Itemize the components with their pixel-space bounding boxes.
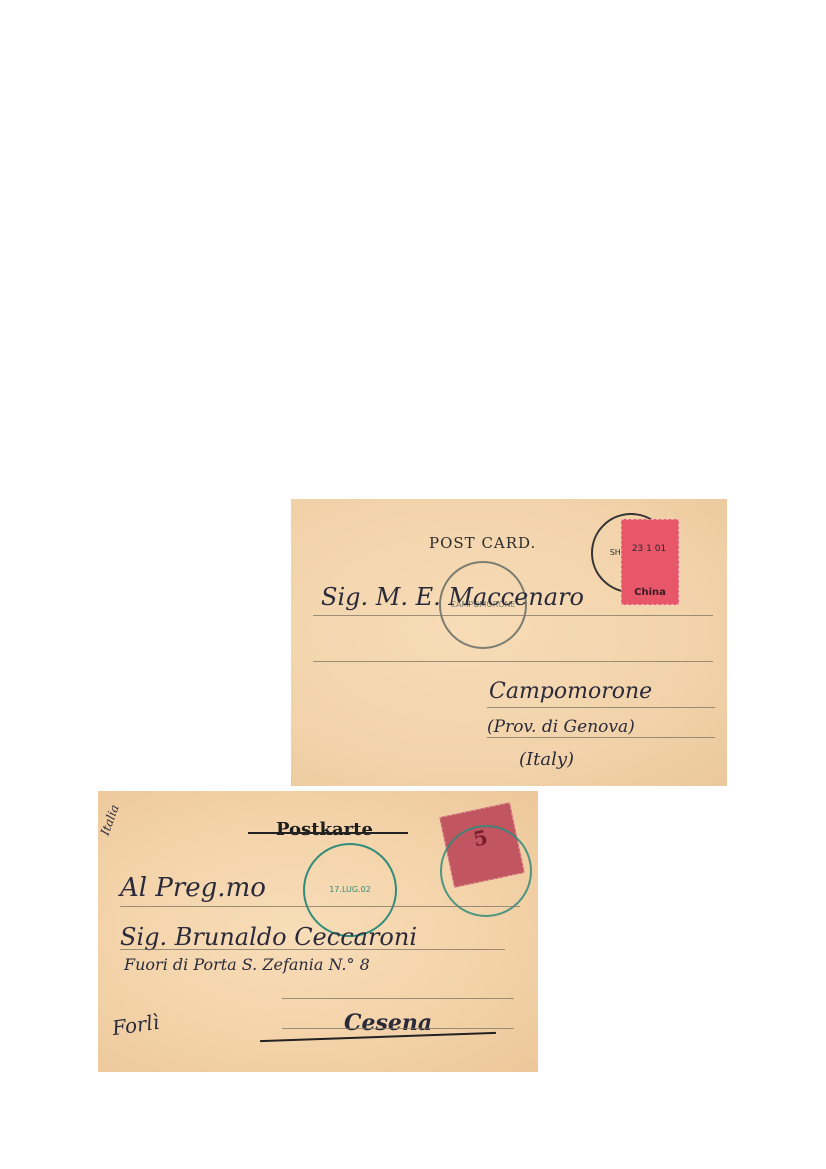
town-line: Cesena [344,1010,432,1036]
margin-note: Italia [98,803,122,837]
address-rule [120,906,520,907]
printed-heading: POST CARD. [429,534,536,552]
province-line: Forlì [111,1010,161,1040]
postage-stamp: China [621,519,679,605]
street-line: Fuori di Porta S. Zefania N.° 8 [124,955,370,974]
addressee-line: Sig. Brunaldo Ceccaroni [120,923,417,951]
town-line: Campomorone [489,679,652,704]
address-rule [313,661,713,662]
postcard-bottom: Italia Postkarte 5 17.LUG.02 Al Preg.mo … [98,791,538,1072]
postcard-top: POST CARD. SHANGHAI China 23 1 01 CAMPOM… [291,499,727,786]
postmark-date: 17.LUG.02 [329,886,371,895]
stamp-overprint: China [622,587,678,598]
salutation-line: Al Preg.mo [120,873,266,903]
country-line: (Italy) [519,749,574,770]
address-rule [120,949,505,950]
address-rule [282,1028,514,1029]
strikethrough [248,832,408,834]
postmark-date: 23 1 01 [621,544,677,554]
addressee-line: Sig. M. E. Maccenaro [321,583,584,611]
printed-heading: Postkarte [276,819,373,840]
address-rule [282,998,514,999]
comando-postmark-stamp-cancel [440,825,532,917]
address-rule [313,615,713,616]
address-rule [487,707,715,708]
address-rule [487,737,715,738]
province-line: (Prov. di Genova) [487,717,635,737]
